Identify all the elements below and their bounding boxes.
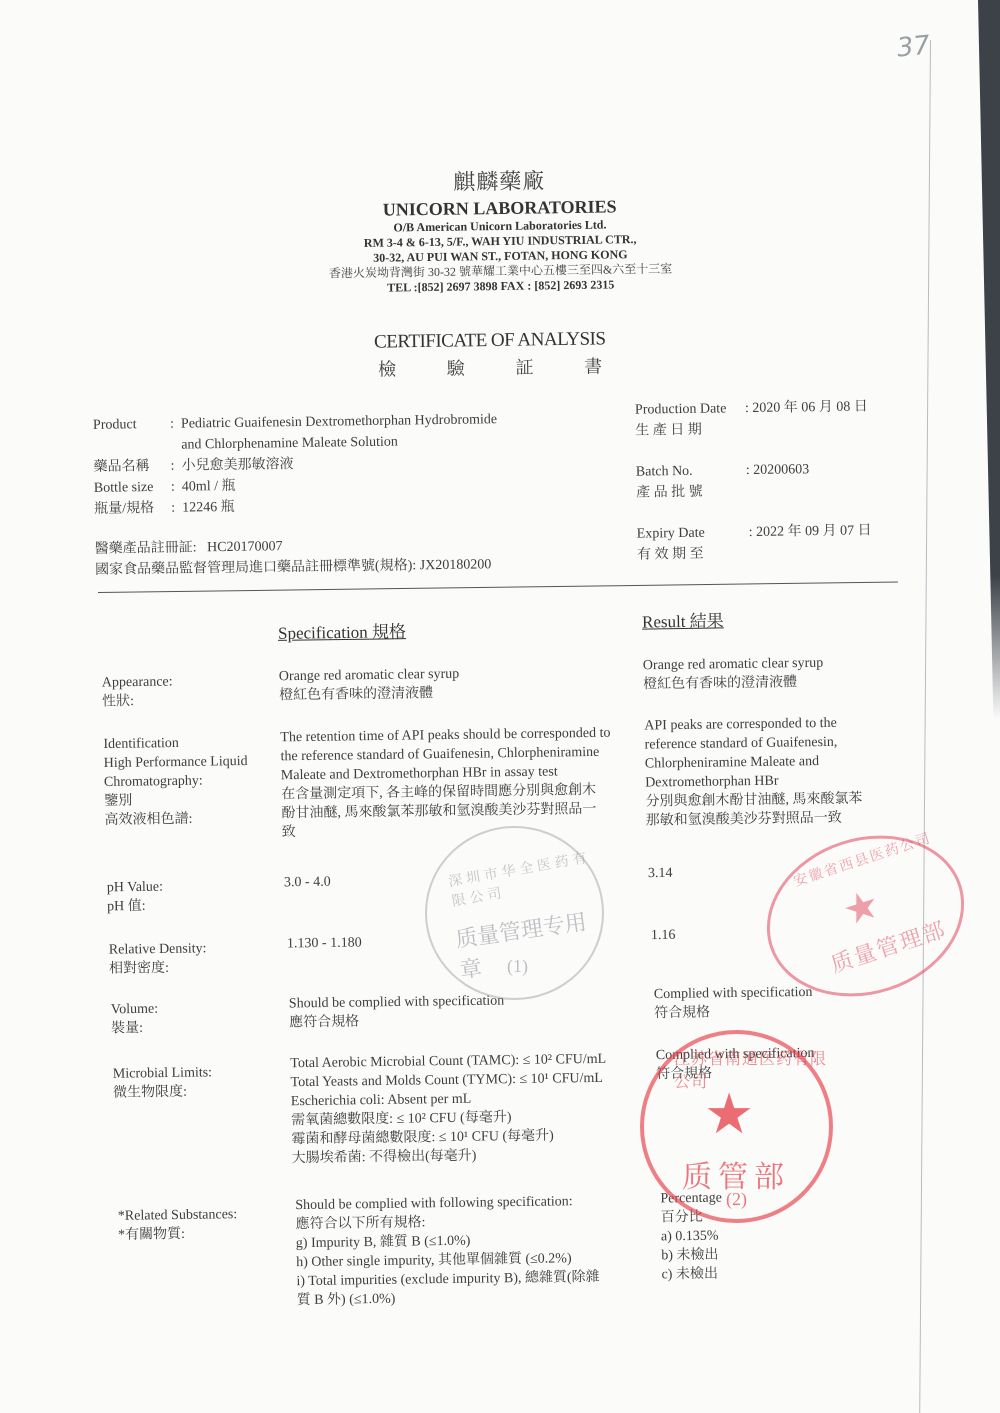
- row-4-test: Volume:裝量:: [111, 1000, 159, 1039]
- result-line: a) 0.135%: [661, 1227, 723, 1247]
- document-title-cn: 檢 驗 証 書: [360, 352, 620, 382]
- row-3-result: 1.16: [651, 926, 676, 945]
- batch-number: : 20200603: [746, 459, 810, 481]
- quantity: 12246 瓶: [182, 497, 235, 519]
- row-4-spec: Should be complied with specification應符合…: [289, 991, 505, 1032]
- row-2-result: 3.14: [648, 864, 673, 883]
- company-name-cn: 麒麟藥廠: [299, 162, 699, 199]
- spec-line: Orange red aromatic clear syrup: [279, 665, 460, 687]
- test-line: Microbial Limits:: [113, 1063, 212, 1083]
- test-line: Appearance:: [102, 673, 173, 693]
- product-info: Product:Pediatric Guaifenesin Dextrometh…: [93, 409, 499, 581]
- spec-line: Should be complied with specification: [289, 991, 505, 1013]
- result-line: 符合規格: [654, 1002, 813, 1023]
- row-4-result: Complied with specification符合規格: [654, 983, 813, 1023]
- test-line: 性狀:: [102, 692, 173, 712]
- test-line: 微生物限度:: [113, 1082, 212, 1102]
- quality-stamp-1: 深圳市华全医药有限公司 质量管理专用章 (1): [425, 826, 604, 1000]
- spec-line: 質 B 外) (≤1.0%): [297, 1287, 600, 1310]
- test-line: 鑒別: [104, 790, 248, 811]
- row-1-result: API peaks are corresponded to thereferen…: [644, 713, 863, 830]
- document-title-en: CERTIFICATE OF ANALYSIS: [360, 328, 620, 354]
- test-line: Chromatography:: [104, 771, 248, 792]
- result-line: 3.14: [648, 864, 673, 883]
- result-line: 符合規格: [656, 1063, 815, 1084]
- row-1-test: IdentificationHigh Performance LiquidChr…: [103, 733, 248, 830]
- result-line: 百分比: [661, 1208, 723, 1228]
- batch-info: Production Date: 2020 年 06 月 08 日 生 產 日 …: [635, 396, 872, 565]
- product-label: Product: [93, 414, 163, 436]
- test-line: 裝量:: [111, 1019, 158, 1039]
- product-value: Pediatric Guaifenesin Dextromethorphan H…: [181, 409, 497, 434]
- result-line: Percentage: [660, 1189, 722, 1209]
- test-line: 相對密度:: [109, 958, 207, 978]
- bottle-size: 40ml / 瓶: [182, 476, 236, 498]
- result-line: b) 未檢出: [661, 1246, 723, 1266]
- result-line: 1.16: [651, 926, 676, 945]
- result-line: Complied with specification: [656, 1044, 815, 1065]
- spec-line: 橙紅色有香味的澄清液體: [279, 684, 460, 706]
- test-line: Volume:: [111, 1000, 158, 1020]
- row-2-spec: 3.0 - 4.0: [284, 873, 331, 893]
- result-line: 那敏和氫溴酸美沙芬對照品一致: [646, 808, 863, 830]
- row-1-spec: The retention time of API peaks should b…: [280, 724, 612, 843]
- test-line: Identification: [103, 733, 247, 754]
- production-date: : 2020 年 06 月 08 日: [745, 396, 868, 419]
- row-6-spec: Should be complied with following specif…: [295, 1192, 600, 1310]
- result-column-header: Result 結果: [642, 606, 724, 632]
- test-line: 高效液相色譜:: [104, 809, 248, 830]
- result-line: c) 未檢出: [661, 1265, 723, 1285]
- scan-edge-shadow: [978, 0, 1000, 720]
- row-6-result: Percentage百分比a) 0.135%b) 未檢出c) 未檢出: [660, 1189, 723, 1285]
- test-line: *Related Substances:: [118, 1205, 238, 1226]
- product-value-cont: and Chlorphenamine Maleate Solution: [181, 432, 398, 456]
- star-icon: ★: [704, 1082, 754, 1147]
- row-5-result: Complied with specification符合規格: [656, 1044, 815, 1084]
- product-name-cn: 小兒愈美那敏溶液: [181, 454, 293, 477]
- result-line: reference standard of Guaifenesin,: [644, 732, 861, 754]
- result-line: Complied with specification: [654, 983, 813, 1004]
- row-3-spec: 1.130 - 1.180: [287, 933, 362, 953]
- result-line: Orange red aromatic clear syrup: [643, 654, 824, 676]
- test-line: pH Value:: [107, 878, 163, 898]
- row-6-test: *Related Substances:*有關物質:: [118, 1205, 238, 1245]
- spec-column-header: Specification 規格: [278, 617, 406, 644]
- row-2-test: pH Value:pH 值:: [107, 878, 164, 917]
- page-number-handwritten: 37: [896, 30, 932, 63]
- spec-line: 3.0 - 4.0: [284, 873, 331, 893]
- test-line: *有關物質:: [118, 1224, 238, 1245]
- import-reg-number: JX20180200: [420, 554, 492, 576]
- row-0-spec: Orange red aromatic clear syrup橙紅色有香味的澄清…: [279, 665, 460, 706]
- expiry-date: : 2022 年 09 月 07 日: [749, 520, 872, 543]
- row-0-test: Appearance:性狀:: [102, 673, 173, 712]
- document-title: CERTIFICATE OF ANALYSIS 檢 驗 証 書: [360, 328, 621, 382]
- company-header: 麒麟藥廠 UNICORN LABORATORIES O/B American U…: [299, 162, 701, 297]
- spec-line: 應符合規格: [289, 1010, 505, 1032]
- test-line: pH 值:: [107, 897, 163, 917]
- row-5-spec: Total Aerobic Microbial Count (TAMC): ≤ …: [290, 1050, 607, 1168]
- reg-cert-number: HC20170007: [207, 536, 283, 558]
- row-0-result: Orange red aromatic clear syrup橙紅色有香味的澄清…: [643, 654, 824, 695]
- test-line: Relative Density:: [109, 939, 207, 959]
- spec-line: 大腸埃希菌: 不得檢出(每毫升): [292, 1145, 608, 1168]
- section-divider: [98, 582, 898, 593]
- row-5-test: Microbial Limits:微生物限度:: [113, 1063, 213, 1102]
- test-line: High Performance Liquid: [104, 752, 248, 773]
- page-edge-line: [919, 40, 931, 1413]
- spec-line: 1.130 - 1.180: [287, 933, 362, 953]
- result-line: 橙紅色有香味的澄清液體: [643, 673, 824, 695]
- star-icon: ★: [837, 880, 886, 936]
- row-3-test: Relative Density:相對密度:: [109, 939, 207, 978]
